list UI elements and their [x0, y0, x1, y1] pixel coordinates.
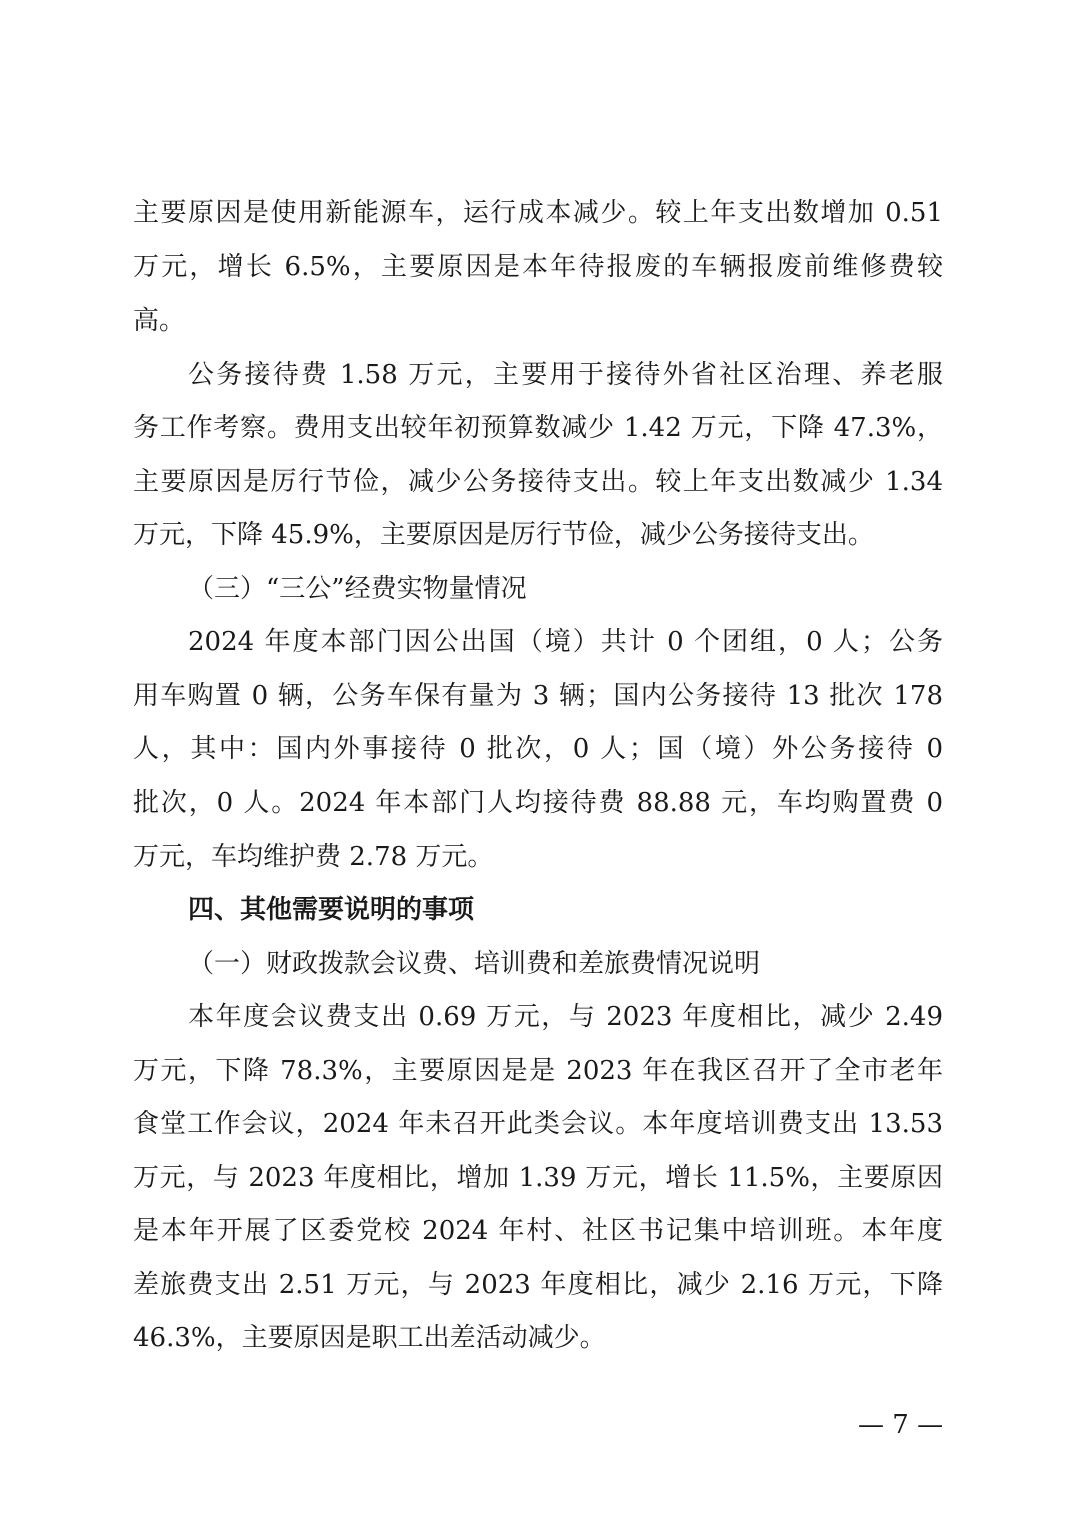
paragraph-line: 是本年开展了区委党校 2024 年村、社区书记集中培训班。本年度	[133, 1214, 943, 1248]
paragraph-line: 万元，增长 6.5%，主要原因是本年待报废的车辆报废前维修费较	[133, 250, 943, 284]
paragraph-line: 本年度会议费支出 0.69 万元，与 2023 年度相比，减少 2.49	[188, 1000, 943, 1034]
paragraph-line: 公务接待费 1.58 万元，主要用于接待外省社区治理、养老服	[188, 358, 943, 392]
paragraph-line: 食堂工作会议，2024 年未召开此类会议。本年度培训费支出 13.53	[133, 1107, 943, 1141]
paragraph-line: 差旅费支出 2.51 万元，与 2023 年度相比，减少 2.16 万元，下降	[133, 1268, 943, 1302]
paragraph-line: 高。	[133, 304, 943, 338]
section-heading-4: 四、其他需要说明的事项	[188, 893, 943, 927]
paragraph-line: 万元，车均维护费 2.78 万元。	[133, 840, 943, 874]
paragraph-line: 万元，下降 45.9%，主要原因是厉行节俭，减少公务接待支出。	[133, 518, 943, 552]
paragraph-line: 万元，与 2023 年度相比，增加 1.39 万元，增长 11.5%，主要原因	[133, 1161, 943, 1195]
paragraph-line: 人，其中：国内外事接待 0 批次，0 人；国（境）外公务接待 0	[133, 732, 943, 766]
paragraph-line: 务工作考察。费用支出较年初预算数减少 1.42 万元，下降 47.3%，	[133, 411, 943, 445]
paragraph-line: 万元，下降 78.3%，主要原因是是 2023 年在我区召开了全市老年	[133, 1054, 943, 1088]
paragraph-line: 主要原因是使用新能源车，运行成本减少。较上年支出数增加 0.51	[133, 196, 943, 230]
paragraph-line: 2024 年度本部门因公出国（境）共计 0 个团组，0 人；公务	[188, 625, 943, 659]
paragraph-line: 46.3%，主要原因是职工出差活动减少。	[133, 1321, 943, 1355]
page-number: — 7 —	[858, 1410, 943, 1440]
subsection-heading-1: （一）财政拨款会议费、培训费和差旅费情况说明	[188, 947, 943, 981]
section-heading-3: （三）“三公”经费实物量情况	[188, 572, 943, 606]
paragraph-line: 用车购置 0 辆，公务车保有量为 3 辆；国内公务接待 13 批次 178	[133, 679, 943, 713]
document-page: 主要原因是使用新能源车，运行成本减少。较上年支出数增加 0.51 万元，增长 6…	[0, 0, 1075, 1520]
paragraph-line: 主要原因是厉行节俭，减少公务接待支出。较上年支出数减少 1.34	[133, 465, 943, 499]
paragraph-line: 批次，0 人。2024 年本部门人均接待费 88.88 元，车均购置费 0	[133, 786, 943, 820]
